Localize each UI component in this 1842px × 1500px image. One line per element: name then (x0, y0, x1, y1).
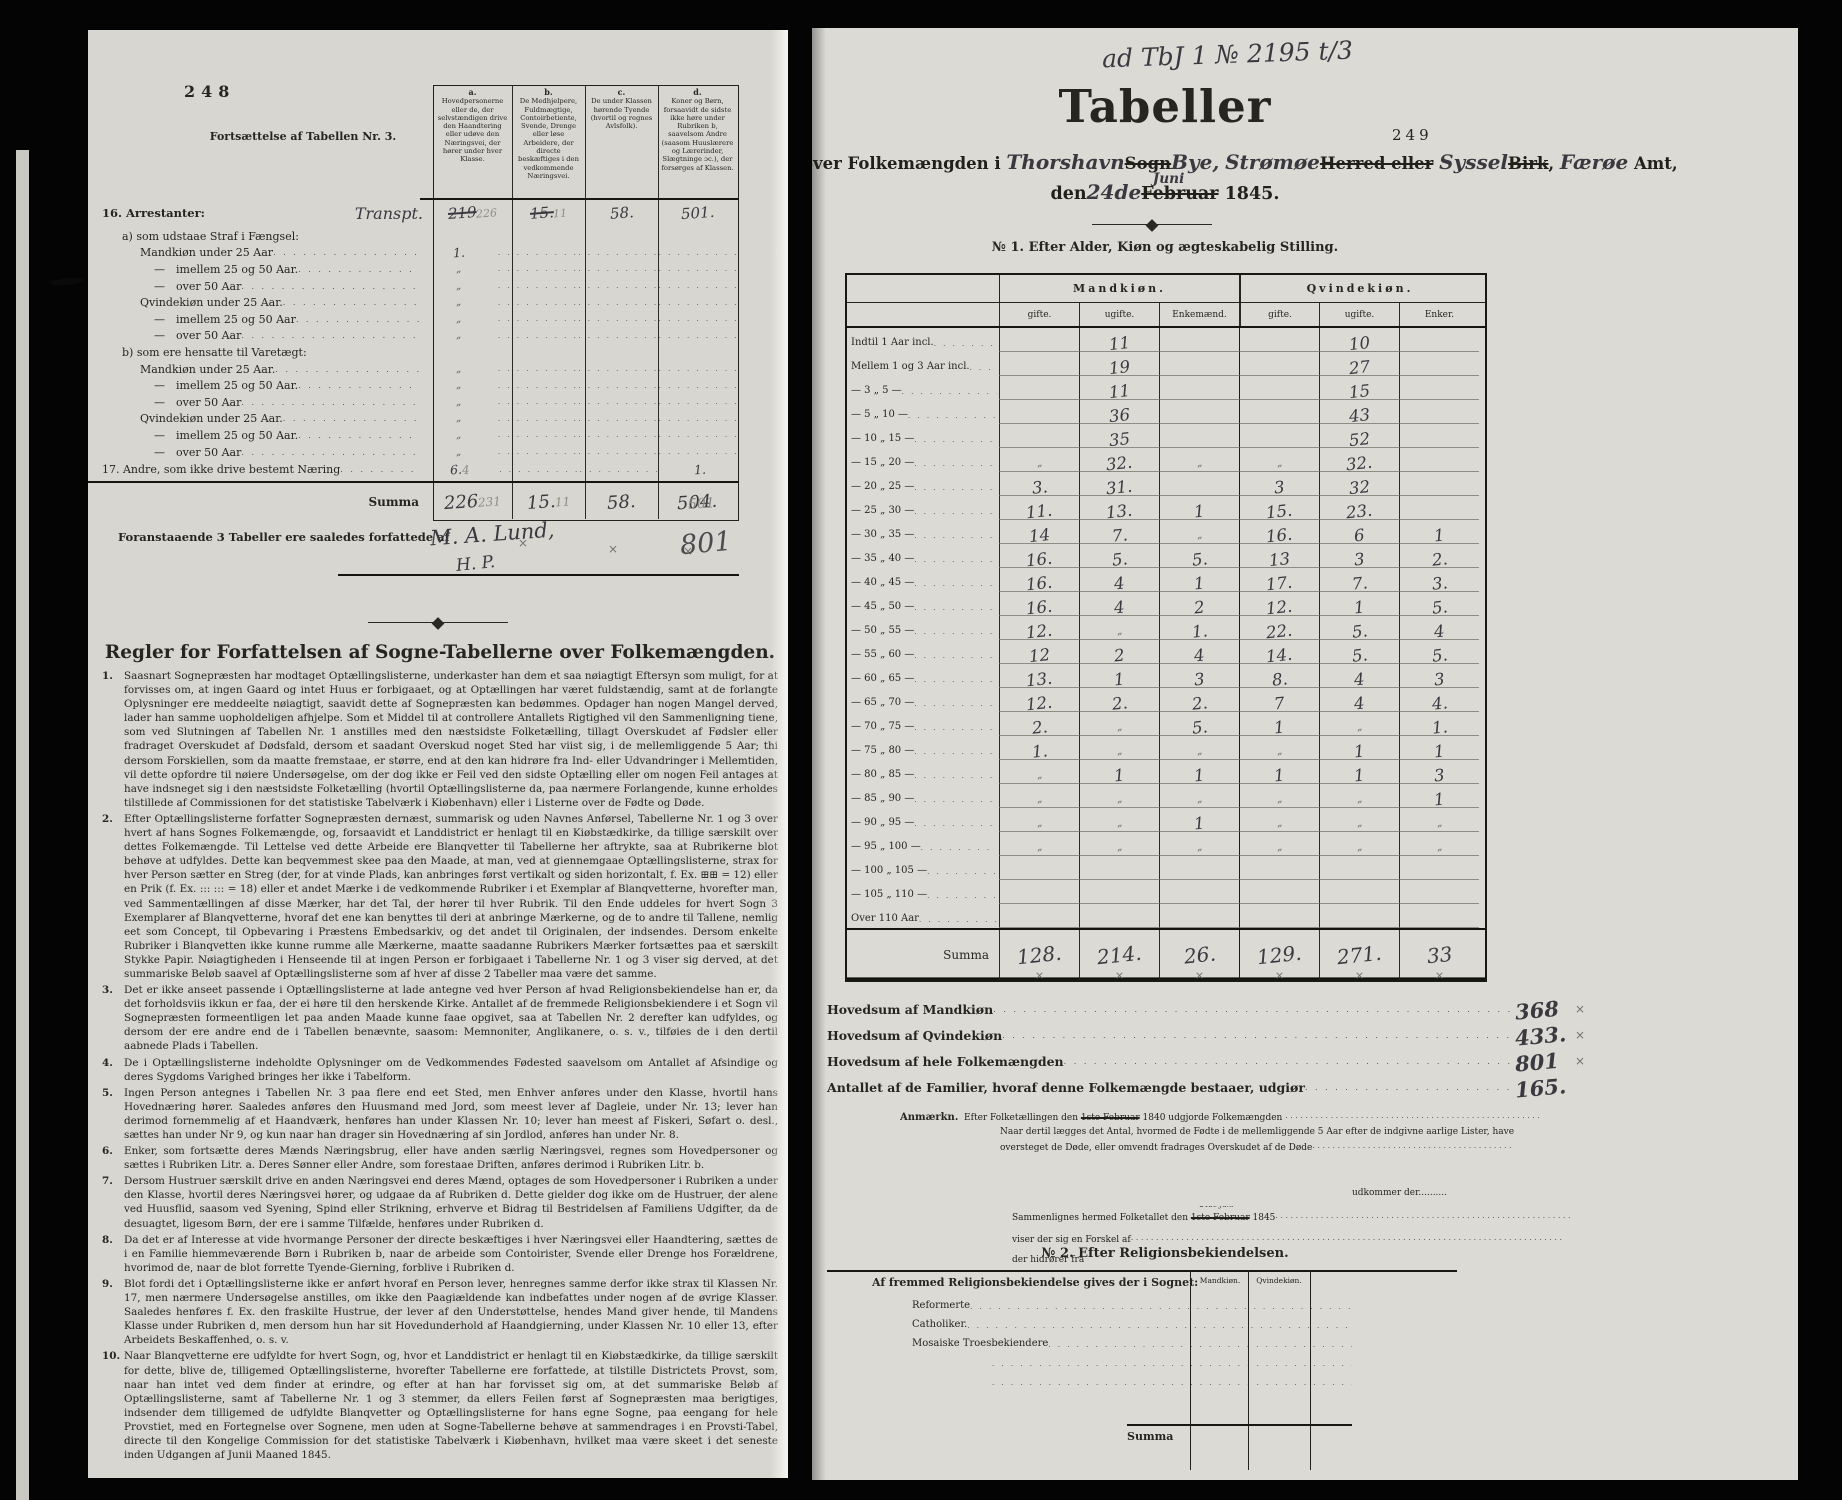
table-3-col-header-a: a.Hovedpersonerne eller de, der selvstæn… (433, 87, 512, 201)
document-date-line: den24deFebruarJuni 1845. (812, 180, 1518, 204)
dotted-leader: . . . . . . . . . . . . . . . . . . . . (914, 772, 997, 780)
pencil-x-mark: × (1575, 1054, 1597, 1068)
dotted-leader: . . . . . . . . . . . . . . . . . . . . … (241, 448, 419, 457)
handwritten-number: „ (1036, 816, 1043, 831)
table-1-cell: 12. (999, 688, 1079, 712)
handwritten-number: 3 (1273, 479, 1285, 495)
age-label-text: — 65 „ 70 — (851, 697, 914, 708)
table-1-cell: 2 (1159, 592, 1239, 616)
group-header-spacer (847, 275, 999, 302)
handwritten-number: 14 (1028, 527, 1050, 544)
table-1-cell: 3. (999, 472, 1079, 496)
age-label-text: — 105 „ 110 — (851, 889, 927, 900)
pencil-note-801: 801 (679, 526, 733, 561)
handwritten-number: 4 (1433, 623, 1445, 639)
age-label-text: — 100 „ 105 — (851, 865, 927, 876)
transport-value: 58. (585, 198, 658, 228)
faint-correction: 11 (555, 494, 571, 509)
table-3-cell: „ (419, 311, 498, 328)
age-row-label: — 105 „ 110 —. . . . . . . . . . . . . .… (847, 880, 999, 904)
handwritten-number: 4 (1353, 671, 1365, 687)
handwritten-number: 2. (1431, 551, 1448, 568)
row-label: — imellem 25 og 50 Aar. (88, 263, 298, 276)
remark-line-3: oversteget de Døde, eller omvendt fradra… (900, 1140, 1540, 1155)
age-row-label: — 100 „ 105 —. . . . . . . . . . . . . .… (847, 856, 999, 880)
transport-value: 501. (658, 198, 737, 228)
table-1-cell: 5. (1319, 640, 1399, 664)
left-page: 248 Fortsættelse af Tabellen Nr. 3. a.Ho… (88, 30, 788, 1478)
dotted-leader: ........................................… (1285, 1111, 1540, 1120)
table-3-col-header-b: b.De Medhjelpere, Fuldmægtige, Contoirbe… (512, 87, 585, 201)
age-row-label: — 85 „ 90 —. . . . . . . . . . . . . . .… (847, 784, 999, 808)
table-3-cell: „ (419, 361, 498, 378)
dotted-cell-leader: . . . . . . . . . (578, 365, 658, 373)
table-1-cell: 3 (1399, 664, 1479, 688)
dotted-cell-leader: . . . . . . . . . (578, 398, 658, 406)
table-1-cell: 7. (1079, 520, 1159, 544)
table-3-cell: . . . . . . . . . (578, 361, 658, 378)
rule-text: Blot fordi det i Optællingslisterne ikke… (124, 1278, 778, 1346)
col-letter: a. (436, 88, 509, 96)
row-label: Qvindekiøn under 25 Aar. (88, 296, 283, 309)
table-1-cell (1239, 328, 1319, 352)
dotted-leader: . . . . . . . . . . . . . . . . . . . . … (273, 248, 419, 257)
rule-number: 9. (102, 1277, 113, 1291)
table-1-cell (1399, 496, 1479, 520)
handwritten-number: 3. (1431, 575, 1448, 592)
dotted-cell-leader: . . . . . . . . . (498, 382, 578, 390)
handwritten-number: „ (1196, 456, 1203, 471)
table-3-cell: „ (419, 394, 498, 411)
pencil-x-mark: × (1575, 1002, 1597, 1016)
table-1-cell: 13. (1079, 496, 1159, 520)
hovedsum-row: Hovedsum af Mandkiøn. . . . . . . . . . … (827, 996, 1597, 1022)
col-header-text: Koner og Børn, forsaavidt de sidste ikke… (661, 97, 733, 171)
pencil-x-mark: × (608, 542, 618, 556)
table-1-cell (1399, 904, 1479, 928)
handwritten-number: 35 (1108, 431, 1130, 448)
table-1-cell: 13 (1239, 544, 1319, 568)
handwritten-number: 7. (1351, 575, 1368, 592)
table-1-cell (1239, 904, 1319, 928)
table-1-cell (1399, 880, 1479, 904)
table-1-cell: 4 (1079, 568, 1159, 592)
table-3-cell: 6.4 (420, 460, 499, 479)
table-1-cell (1079, 904, 1159, 928)
handwritten-number: 33 (1426, 946, 1453, 964)
table-1-row: — 75 „ 80 —. . . . . . . . . . . . . . .… (847, 736, 1485, 760)
hovedsum-row: Hovedsum af Qvindekiøn. . . . . . . . . … (827, 1022, 1597, 1048)
handwritten-number: „ (1116, 840, 1123, 855)
handwritten-number: 2. (1191, 695, 1208, 712)
table-3-cell: . . . . . . . . . (498, 411, 578, 428)
handwritten-number: „ (1036, 456, 1043, 471)
table-1-heading: № 1. Efter Alder, Kiøn og ægteskabelig S… (812, 240, 1518, 255)
table-1-cell: 14. (1239, 640, 1319, 664)
table-1-cell: 1 (1319, 736, 1399, 760)
handwritten-number: „ (456, 413, 462, 424)
table-1-cell: 16. (999, 592, 1079, 616)
handwritten-number: 4 (1113, 599, 1125, 615)
table-3-cell: . . . . . . . . . (498, 311, 578, 328)
dotted-leader: . . . . . . . . . . . . . . . . . . . . (914, 436, 997, 444)
table-1-cell: „ (1239, 784, 1319, 808)
table-3-cell (660, 344, 739, 361)
table-3-cell: „ (419, 377, 498, 394)
handwritten-number: 19 (1108, 359, 1130, 376)
remark-line-1-text: Efter Folketællingen den 1ste Februar24d… (964, 1113, 1540, 1123)
table-1-cell: 8. (1239, 664, 1319, 688)
dotted-leader: . . . . . . . . . . . . . . . . . . . . … (296, 315, 419, 324)
handwritten-number: „ (456, 446, 462, 457)
handwritten-text: Thorshavn (1006, 150, 1124, 174)
handwritten-number: 226 (443, 490, 479, 513)
table-1-cell: 4 (1159, 640, 1239, 664)
table-3-cell (660, 228, 739, 245)
handwritten-number: 6 (1353, 527, 1365, 543)
table-3-cell: „ (419, 444, 498, 461)
table-1-cell: „ (1079, 808, 1159, 832)
table-1-cell: 52 (1319, 424, 1399, 448)
dotted-cell-leader: . . . . . . . . . (498, 415, 578, 423)
handwritten-number: 1 (1193, 767, 1205, 783)
table-1-cell (1239, 376, 1319, 400)
table-1-cell: 4 (1399, 616, 1479, 640)
handwritten-number: 1 (1193, 815, 1205, 831)
dotted-cell-leader: . . . . . . . . . (578, 332, 658, 340)
table-3-cell: . . . . . . . . . (578, 328, 658, 345)
table-1-cell: „ (1159, 832, 1239, 856)
table-2-col-mandkion: Mandkiøn. (1192, 1276, 1248, 1285)
table-1-row: — 85 „ 90 —. . . . . . . . . . . . . . .… (847, 784, 1485, 808)
dotted-cell-leader: . . . . . . . . . (659, 332, 739, 340)
row-16-label: 16. Arrestanter: (102, 206, 205, 220)
handwritten-number: 1. (452, 245, 465, 261)
handwritten-number: „ (1276, 840, 1283, 855)
dotted-leader: . . . . . . . . . . . . . . . . . . . . … (283, 414, 419, 423)
dotted-cell-leader: . . . . . . . . . (498, 249, 578, 257)
row-label: — over 50 Aar (88, 446, 241, 459)
transport-value: 15.11 (512, 198, 585, 228)
rules-list: 1.Saasnart Sognepræsten har modtaget Opt… (102, 669, 778, 1462)
handwritten-number: 32. (1106, 455, 1134, 473)
handwritten-number: 1 (1433, 527, 1445, 543)
table-3-cell: . . . . . . . . . (578, 261, 658, 278)
scanned-census-spread: { "colors":{"background":"#040404","pape… (0, 0, 1842, 1500)
handwritten-number: 1 (1353, 767, 1365, 783)
rule-item: 8.Da det er af Interesse at vide hvorman… (102, 1233, 778, 1275)
table-1-cell: 1 (1319, 592, 1399, 616)
table-1-cell (1159, 400, 1239, 424)
handwritten-number: 271. (1337, 945, 1383, 965)
col-letter: b. (515, 88, 582, 96)
handwritten-number: 32 (1348, 479, 1370, 496)
row-label: — over 50 Aar (88, 396, 241, 409)
table-1-cell: 1 (1399, 784, 1479, 808)
dotted-cell-leader: . . . . . . . . . (578, 448, 658, 456)
handwritten-number: „ (1356, 840, 1363, 855)
table-3-cell: . . . . . . . . . (578, 377, 658, 394)
table-1-row: — 40 „ 45 —. . . . . . . . . . . . . . .… (847, 568, 1485, 592)
age-label-text: — 75 „ 80 — (851, 745, 914, 756)
handwritten-number: 26. (1183, 946, 1216, 964)
handwritten-number: „ (1036, 792, 1043, 807)
table-1-cell: 3. (1399, 568, 1479, 592)
table-1-cell: „ (1079, 712, 1159, 736)
table-3-cell: „ (419, 411, 498, 428)
table-1-cell (1239, 424, 1319, 448)
row-label: Mandkiøn under 25 Aar (88, 246, 273, 259)
group-mandkion: Mandkiøn. (999, 275, 1239, 302)
table-1-row: — 65 „ 70 —. . . . . . . . . . . . . . .… (847, 688, 1485, 712)
table-3-cell (514, 228, 587, 245)
handwritten-number: 128. (1017, 945, 1063, 965)
dotted-leader: ........................................… (1275, 1211, 1572, 1220)
handwritten-number: 1. (1431, 719, 1448, 736)
handwritten-number: 5. (1191, 719, 1208, 736)
age-label-text: — 5 „ 10 — (851, 409, 908, 420)
printed-text: den (1051, 184, 1087, 204)
subcol-gifte: gifte. (999, 303, 1079, 326)
table-2-gridline (1310, 1270, 1311, 1470)
age-row-label: — 60 „ 65 —. . . . . . . . . . . . . . .… (847, 664, 999, 688)
table-1-row: — 50 „ 55 —. . . . . . . . . . . . . . .… (847, 616, 1485, 640)
dotted-cell-leader: . . . . . . . . . (498, 315, 578, 323)
summa-cell: 214.× (1079, 930, 1159, 980)
table-1-cell (1239, 352, 1319, 376)
handwritten-number: 12. (1026, 695, 1054, 713)
handwritten-number: 13. (1106, 503, 1134, 521)
section-divider-ornament (368, 622, 508, 623)
table-3-cell: . . . . . . . . . (578, 394, 658, 411)
table-1-cell: 1 (1079, 664, 1159, 688)
handwritten-number: 58. (609, 203, 634, 223)
rule-number: 1. (102, 669, 113, 683)
table-1-body: Indtil 1 Aar incl.. . . . . . . . . . . … (847, 328, 1485, 928)
table-1-cell: 23. (1319, 496, 1399, 520)
dotted-cell-leader: . . . . . . . . . (498, 282, 578, 290)
table-1-cell: „ (1079, 784, 1159, 808)
table-1-cell: 10 (1319, 328, 1399, 352)
dotted-leader: . . . . . . . . . . . . . . . . . . . . (970, 364, 997, 372)
archival-annotation: ad TbJ 1 № 2195 t/3 (1102, 36, 1354, 74)
table-3-cell: . . . . . . . . . (498, 361, 578, 378)
pencil-x-mark: × (1355, 968, 1364, 983)
age-row-label: — 35 „ 40 —. . . . . . . . . . . . . . .… (847, 544, 999, 568)
table-1-cell: 12. (1239, 592, 1319, 616)
subcol-Enkemænd: Enkemænd. (1159, 303, 1239, 326)
handwritten-number: 11 (1108, 383, 1130, 400)
summa-cell: 33× (1399, 930, 1479, 980)
hovedsum-row: Hovedsum af hele Folkemængden. . . . . .… (827, 1048, 1597, 1074)
handwritten-number: 1 (1113, 671, 1125, 687)
table-2-gridline (1190, 1270, 1191, 1470)
dotted-leader: . . . . . . . . . . . . . . . . . . . . (914, 532, 997, 540)
table-1-cell: „ (1159, 520, 1239, 544)
table-1-cell: „ (1399, 808, 1479, 832)
handwritten-number: „ (1116, 792, 1123, 807)
rule-number: 5. (102, 1086, 113, 1100)
handwritten-number: 5. (1111, 551, 1128, 568)
pencil-x-mark: × (518, 536, 528, 550)
summa-value: 226231 (433, 483, 512, 521)
rules-heading: Regler for Forfattelsen af Sogne-Tabelle… (102, 642, 778, 663)
rule-number: 7. (102, 1174, 113, 1188)
dotted-leader: . . . . . . . . . . . . . . . . . . . . … (241, 398, 419, 407)
table-1-cell: 3 (1399, 760, 1479, 784)
handwritten-number: 3 (1353, 551, 1365, 567)
printed-text: viser der sig en Forskel af (1012, 1235, 1131, 1245)
dotted-cell-leader: . . . . . . . . . (580, 466, 660, 474)
table-1-row: — 10 „ 15 —. . . . . . . . . . . . . . .… (847, 424, 1485, 448)
table-1-cell (1159, 880, 1239, 904)
table-1-cell: 4. (1399, 688, 1479, 712)
handwritten-number: „ (1276, 792, 1283, 807)
hovedsum-value: 433. (1514, 1020, 1576, 1050)
table-1-cell (1399, 328, 1479, 352)
rule-text: Da det er af Interesse at vide hvormange… (124, 1234, 778, 1274)
table-3-continuation: Fortsættelse af Tabellen Nr. 3. a.Hovedp… (88, 85, 739, 519)
handwritten-number: „ (1036, 840, 1043, 855)
table-1-cell: „ (1079, 736, 1159, 760)
signature-hp: H. P. (455, 552, 496, 576)
table-1-cell: 4 (1319, 688, 1399, 712)
handwritten-number: 16. (1266, 527, 1294, 545)
table-1-cell: 1 (1239, 712, 1319, 736)
hovedsum-row: Antallet af de Familier, hvoraf denne Fo… (827, 1074, 1597, 1100)
handwritten-number: 32. (1346, 455, 1374, 473)
table-1-cell: 14 (999, 520, 1079, 544)
handwritten-number: 1 (1273, 767, 1285, 783)
printed-text: Amt, (1628, 154, 1677, 173)
subcol-Enker: Enker. (1399, 303, 1479, 326)
signature-ma-lund: M. A. Lund, (429, 518, 555, 551)
age-row-label: — 30 „ 35 —. . . . . . . . . . . . . . .… (847, 520, 999, 544)
dotted-leader: . . . . . . . . . . . . . . . . . . . . (914, 628, 997, 636)
table-3-row: — imellem 25 og 50 Aar.. . . . . . . . .… (88, 377, 739, 394)
table-3-cell: . . . . . . . . . (659, 261, 739, 278)
table-1-row: — 45 „ 50 —. . . . . . . . . . . . . . .… (847, 592, 1485, 616)
handwritten-number: 17. (1266, 575, 1294, 593)
table-1-cell (999, 352, 1079, 376)
handwritten-number: 36 (1108, 407, 1130, 424)
handwritten-number: „ (1276, 456, 1283, 471)
table-1-cell: 16. (999, 568, 1079, 592)
dotted-leader: . . . . . . . . . . . . . . . . . . . . … (298, 431, 419, 440)
table-3-cell: . . . . . . . . . (578, 444, 658, 461)
table-1-row: Over 110 Aar. . . . . . . . . . . . . . … (847, 904, 1485, 928)
rule-text: Det er ikke anseet passende i Optællings… (124, 984, 778, 1052)
handwritten-number: 13. (1026, 671, 1054, 689)
rule-text: Efter Optællingslisterne forfatter Sogne… (124, 813, 778, 980)
handwritten-number: 1 (1353, 743, 1365, 759)
table-1-cell: 1 (1159, 496, 1239, 520)
table-1-cell: 2 (1079, 640, 1159, 664)
dotted-cell-leader: . . . . . . . . . (578, 249, 658, 257)
table-1-cell (1079, 880, 1159, 904)
table-3-cell: . . . . . . . . . (578, 294, 658, 311)
table-1-cell: 11 (1079, 328, 1159, 352)
rule-text: Saasnart Sognepræsten har modtaget Optæl… (124, 670, 778, 809)
age-row-label: — 50 „ 55 —. . . . . . . . . . . . . . .… (847, 616, 999, 640)
handwritten-number: 23. (1346, 503, 1374, 521)
table-1-age-sex: Mandkiøn. Qvindekiøn. gifte.ugifte.Enkem… (845, 273, 1487, 982)
table-1-cell: 5. (1159, 544, 1239, 568)
table-1-cell (999, 424, 1079, 448)
dotted-cell-leader: . . . . . . . . . (498, 448, 578, 456)
table-3-caption: Fortsættelse af Tabellen Nr. 3. (188, 130, 418, 143)
handwritten-number: 16. (1026, 575, 1054, 593)
table-1-cell: 16. (999, 544, 1079, 568)
handwritten-number: „ (1116, 720, 1123, 735)
table-3-cell: „ (419, 427, 498, 444)
table-3-cell: . . . . . . . . . (659, 427, 739, 444)
struck-correction: 1ste Februar24de Juni (1081, 1113, 1140, 1125)
table-1-cell (1319, 880, 1399, 904)
rule-item: 2.Efter Optællingslisterne forfatter Sog… (102, 812, 778, 981)
age-label-text: Mellem 1 og 3 Aar incl. (851, 361, 970, 372)
table-1-cell: 3 (1239, 472, 1319, 496)
printed-text: oversteget de Døde, eller omvendt fradra… (1000, 1143, 1312, 1153)
rule-text: Enker, som fortsætte deres Mænds Nærings… (124, 1145, 778, 1171)
dotted-leader: . . . . . . . . . . . . . . . . . . . . (914, 604, 997, 612)
transport-value: 219226 (433, 198, 512, 228)
table-1-cell: 11. (999, 496, 1079, 520)
table-3-cell: . . . . . . . . . (499, 460, 579, 479)
handwritten-number: „ (456, 297, 462, 308)
handwritten-number: 11 (1108, 335, 1130, 352)
table-1-cell: 32 (1319, 472, 1399, 496)
table-1-cell: 43 (1319, 400, 1399, 424)
table-3-cell: . . . . . . . . . (659, 278, 739, 295)
age-label-text: — 60 „ 65 — (851, 673, 914, 684)
subcol-gifte: gifte. (1239, 303, 1319, 326)
table-1-cell: 11 (1079, 376, 1159, 400)
handwritten-number: „ (1276, 744, 1283, 759)
age-row-label: — 75 „ 80 —. . . . . . . . . . . . . . .… (847, 736, 999, 760)
handwritten-number: 58. (606, 491, 636, 514)
dotted-leader: . . . . . . . . . . . . . . . . . . . . (914, 580, 997, 588)
handwritten-number: 22. (1266, 623, 1294, 641)
table-1-cell: „ (1079, 616, 1159, 640)
table-3-row: Qvindekiøn under 25 Aar.. . . . . . . . … (88, 411, 739, 428)
age-label-text: — 95 „ 100 — (851, 841, 921, 852)
table-1-cell (1159, 376, 1239, 400)
table-3-row: — over 50 Aar. . . . . . . . . . . . . .… (88, 394, 739, 411)
scan-edge-sliver (16, 150, 29, 1500)
printed-text: 1845. (1219, 184, 1280, 204)
table-3-cell: . . . . . . . . . (659, 394, 739, 411)
dotted-leader: ........................................ (1312, 1141, 1514, 1150)
table-3-cell: . . . . . . . . . (498, 294, 578, 311)
document-title: Tabeller (812, 80, 1518, 133)
table-3-cell: 1. (660, 460, 739, 479)
table-3-cell: . . . . . . . . . (659, 311, 739, 328)
age-row-label: — 20 „ 25 —. . . . . . . . . . . . . . .… (847, 472, 999, 496)
table-1-cell: 2. (1079, 688, 1159, 712)
handwritten-correction: Juni (1153, 171, 1184, 187)
table-1-cell (1399, 472, 1479, 496)
table-2-gridline (1248, 1270, 1249, 1470)
printed-text: Herred eller (1320, 154, 1433, 173)
table-1-cell: 31. (1079, 472, 1159, 496)
handwritten-number: „ (1116, 744, 1123, 759)
handwritten-number: 15 (1348, 383, 1370, 400)
handwritten-number: „ (1436, 816, 1443, 831)
age-row-label: Indtil 1 Aar incl.. . . . . . . . . . . … (847, 328, 999, 352)
dotted-cell-leader: . . . . . . . . . (659, 415, 739, 423)
handwritten-number: 4 (1113, 575, 1125, 591)
